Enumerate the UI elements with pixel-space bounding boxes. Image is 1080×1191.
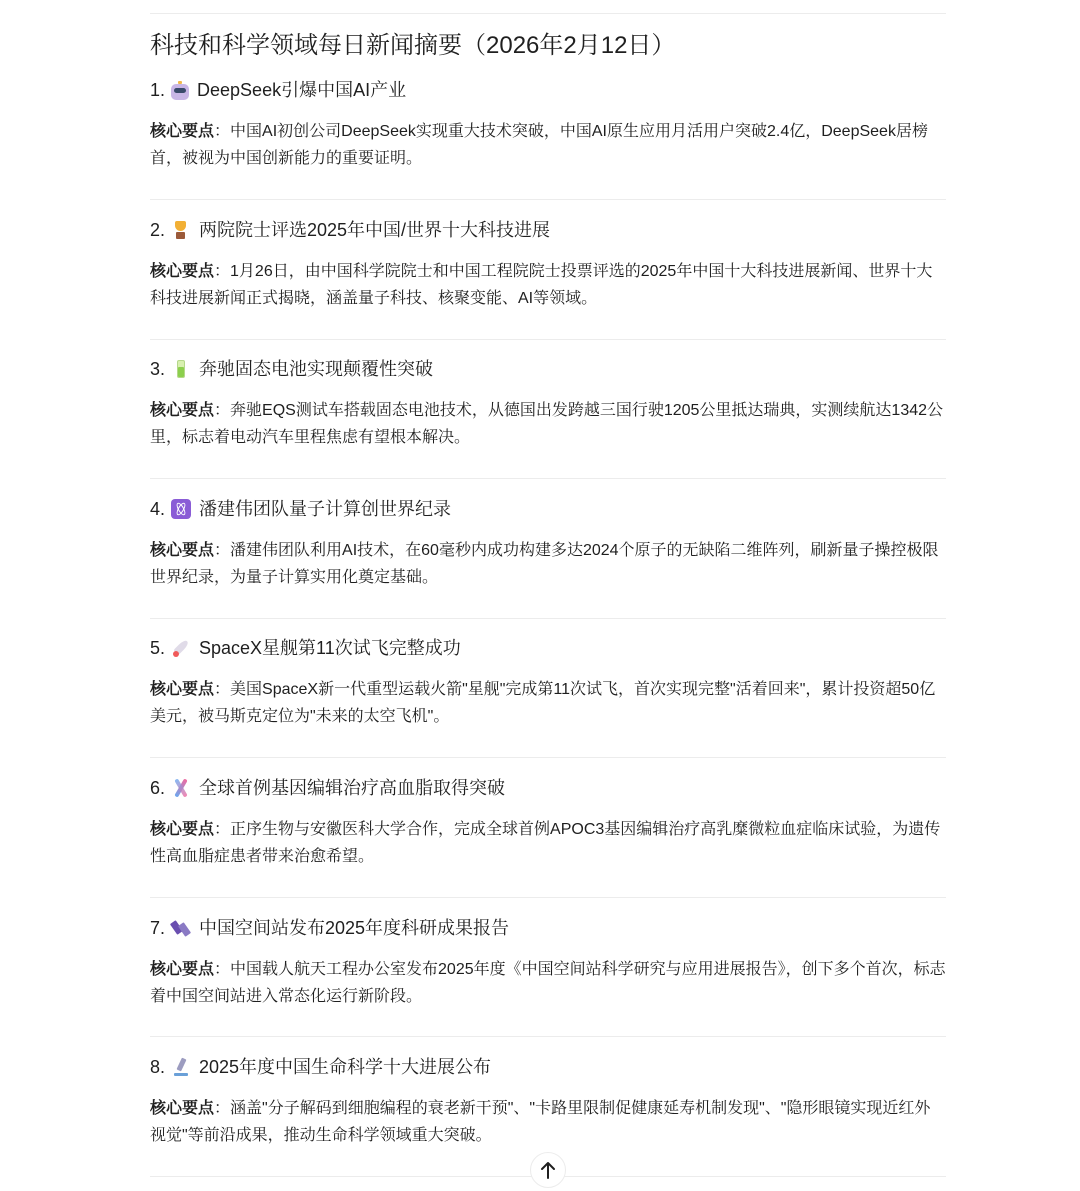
section-divider [150,199,946,200]
news-heading: 7. 中国空间站发布2025年度科研成果报告 [150,913,946,943]
summary-text: 1月26日，由中国科学院院士和中国工程院院士投票评选的2025年中国十大科技进展… [150,263,932,307]
news-item: 7. 中国空间站发布2025年度科研成果报告 核心要点：中国载人航天工程办公室发… [150,913,946,1010]
news-heading: 6. 全球首例基因编辑治疗高血脂取得突破 [150,773,946,803]
heading-text: 两院院士评选2025年中国/世界十大科技进展 [199,215,550,245]
item-number: 3. [150,354,165,384]
news-heading: 5. SpaceX星舰第11次试飞完整成功 [150,633,946,663]
section-divider [150,897,946,898]
heading-text: 潘建伟团队量子计算创世界纪录 [199,494,451,524]
heading-text: SpaceX星舰第11次试飞完整成功 [199,633,461,663]
news-summary: 核心要点：美国SpaceX新一代重型运载火箭"星舰"完成第11次试飞，首次实现完… [150,676,946,730]
summary-text: 潘建伟团队利用AI技术，在60毫秒内成功构建多达2024个原子的无缺陷二维阵列，… [150,542,939,586]
news-heading: 1. DeepSeek引爆中国AI产业 [150,75,946,105]
section-divider [150,757,946,758]
news-item: 3. 奔驰固态电池实现颠覆性突破 核心要点：奔驰EQS测试车搭载固态电池技术，从… [150,354,946,451]
key-label: 核心要点 [150,961,214,978]
news-item: 4. 潘建伟团队量子计算创世界纪录 核心要点：潘建伟团队利用AI技术，在60毫秒… [150,494,946,591]
heading-text: 全球首例基因编辑治疗高血脂取得突破 [199,773,505,803]
news-heading: 4. 潘建伟团队量子计算创世界纪录 [150,494,946,524]
section-divider [150,478,946,479]
news-item: 5. SpaceX星舰第11次试飞完整成功 核心要点：美国SpaceX新一代重型… [150,633,946,730]
news-summary: 核心要点：1月26日，由中国科学院院士和中国工程院院士投票评选的2025年中国十… [150,258,946,312]
news-heading: 8. 2025年度中国生命科学十大进展公布 [150,1052,946,1082]
trophy-icon [171,220,191,240]
heading-text: 奔驰固态电池实现颠覆性突破 [199,354,433,384]
news-summary: 核心要点：潘建伟团队利用AI技术，在60毫秒内成功构建多达2024个原子的无缺陷… [150,537,946,591]
section-divider [150,339,946,340]
item-number: 6. [150,773,165,803]
summary-text: 中国载人航天工程办公室发布2025年度《中国空间站科学研究与应用进展报告》，创下… [150,961,946,1005]
news-item: 6. 全球首例基因编辑治疗高血脂取得突破 核心要点：正序生物与安徽医科大学合作，… [150,773,946,870]
rocket-icon [171,638,191,658]
news-item: 1. DeepSeek引爆中国AI产业 核心要点：中国AI初创公司DeepSee… [150,75,946,172]
key-label: 核心要点 [150,123,214,140]
microscope-icon [171,1057,191,1077]
dna-icon [171,778,191,798]
key-label: 核心要点 [150,263,214,280]
key-label: 核心要点 [150,821,214,838]
news-heading: 3. 奔驰固态电池实现颠覆性突破 [150,354,946,384]
item-number: 8. [150,1052,165,1082]
arrow-up-icon [540,1161,556,1179]
summary-text: 涵盖"分子解码到细胞编程的衰老新干预"、"卡路里限制促健康延寿机制发现"、"隐形… [150,1100,930,1144]
key-label: 核心要点 [150,542,214,559]
news-summary: 核心要点：中国AI初创公司DeepSeek实现重大技术突破，中国AI原生应用月活… [150,118,946,172]
key-label: 核心要点 [150,1100,214,1117]
section-divider [150,1036,946,1037]
summary-text: 奔驰EQS测试车搭载固态电池技术，从德国出发跨越三国行驶1205公里抵达瑞典，实… [150,402,943,446]
item-number: 5. [150,633,165,663]
top-divider [150,13,946,14]
news-summary: 核心要点：中国载人航天工程办公室发布2025年度《中国空间站科学研究与应用进展报… [150,956,946,1010]
item-number: 4. [150,494,165,524]
item-number: 2. [150,215,165,245]
news-summary: 核心要点：奔驰EQS测试车搭载固态电池技术，从德国出发跨越三国行驶1205公里抵… [150,397,946,451]
summary-text: 正序生物与安徽医科大学合作，完成全球首例APOC3基因编辑治疗高乳糜微粒血症临床… [150,821,940,865]
atom-icon [171,499,191,519]
news-heading: 2. 两院院士评选2025年中国/世界十大科技进展 [150,215,946,245]
news-summary: 核心要点：涵盖"分子解码到细胞编程的衰老新干预"、"卡路里限制促健康延寿机制发现… [150,1095,946,1149]
heading-text: 中国空间站发布2025年度科研成果报告 [199,913,509,943]
scroll-to-bottom-button[interactable] [530,1152,566,1188]
battery-icon [171,359,191,379]
news-summary: 核心要点：正序生物与安徽医科大学合作，完成全球首例APOC3基因编辑治疗高乳糜微… [150,816,946,870]
news-item: 2. 两院院士评选2025年中国/世界十大科技进展 核心要点：1月26日，由中国… [150,215,946,312]
section-divider [150,618,946,619]
summary-text: 美国SpaceX新一代重型运载火箭"星舰"完成第11次试飞，首次实现完整"活着回… [150,681,935,725]
heading-text: 2025年度中国生命科学十大进展公布 [199,1052,491,1082]
item-number: 1. [150,75,165,105]
page-title: 科技和科学领域每日新闻摘要（2026年2月12日） [150,28,675,64]
item-number: 7. [150,913,165,943]
key-label: 核心要点 [150,681,214,698]
news-item: 8. 2025年度中国生命科学十大进展公布 核心要点：涵盖"分子解码到细胞编程的… [150,1052,946,1149]
satellite-icon [171,918,191,938]
key-label: 核心要点 [150,402,214,419]
summary-text: 中国AI初创公司DeepSeek实现重大技术突破，中国AI原生应用月活用户突破2… [150,123,928,167]
heading-text: DeepSeek引爆中国AI产业 [197,75,406,105]
robot-icon [171,84,189,100]
